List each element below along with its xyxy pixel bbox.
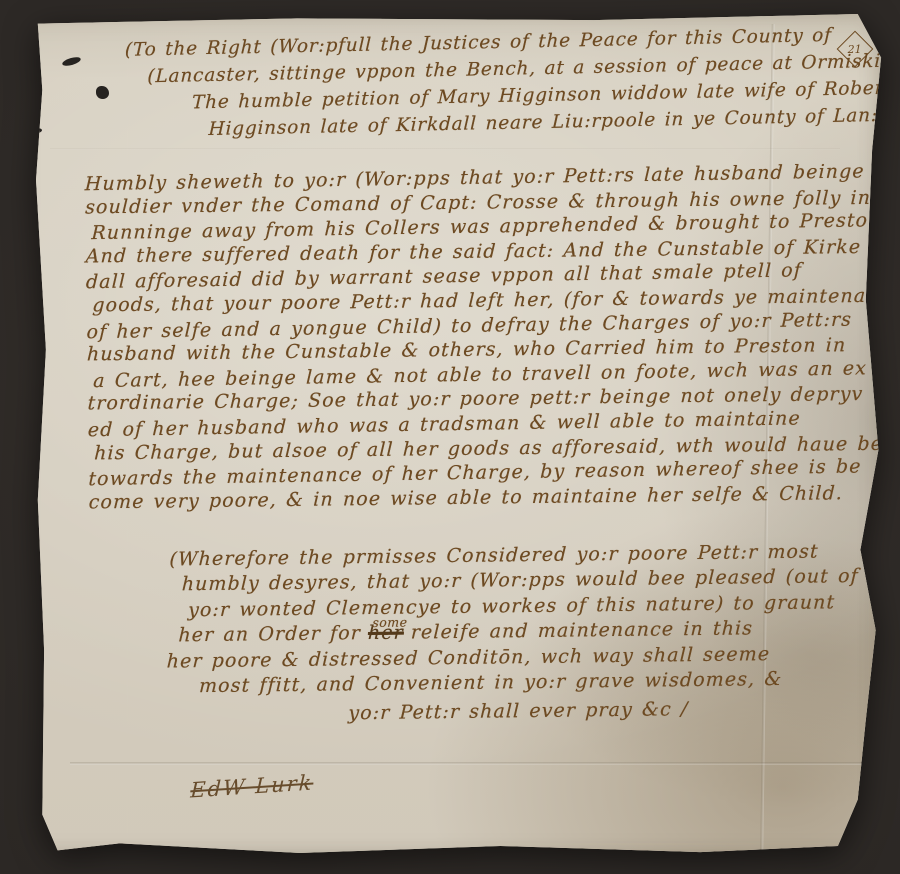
paper-edge-shading <box>0 0 900 874</box>
photo-background: (To the Right (Wor:pfull the Justices of… <box>0 0 900 874</box>
paper-shadow-wrap: (To the Right (Wor:pfull the Justices of… <box>0 0 900 874</box>
pencil-mark: P <box>24 821 38 842</box>
manuscript-paper: (To the Right (Wor:pfull the Justices of… <box>0 0 900 874</box>
